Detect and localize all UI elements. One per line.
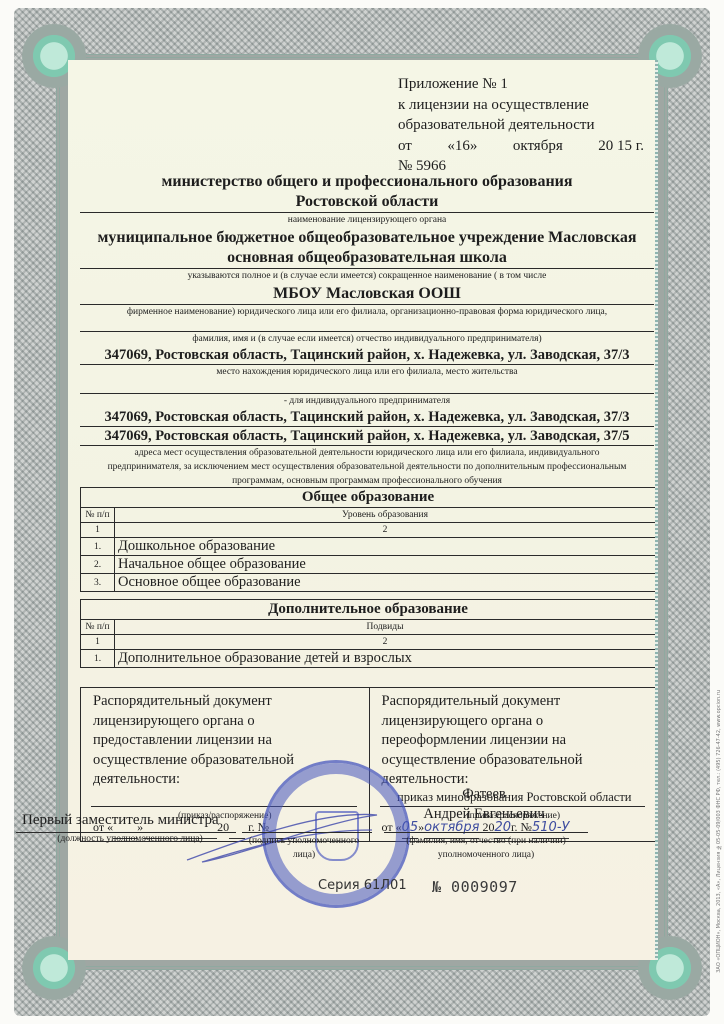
- signatory-name: Фатеев Андрей Евгеньевич: [384, 784, 584, 824]
- caption: фамилия, имя и (в случае если имеется) о…: [80, 332, 654, 346]
- col-header-num: № п/п: [81, 508, 115, 523]
- caption: фирменное наименование) юридического лиц…: [80, 305, 654, 319]
- caption: место нахождения юридического лица или е…: [80, 365, 654, 379]
- form-serial-number: № 0009097: [432, 878, 518, 896]
- licensing-body-region: Ростовской области: [80, 192, 654, 212]
- licensing-body: министерство общего и профессионального …: [80, 172, 654, 227]
- table-row: 1. Дошкольное образование: [81, 538, 656, 556]
- legal-address: 347069, Ростовская область, Тацинский ра…: [80, 346, 654, 364]
- form-series: Серия 61Л01: [318, 878, 407, 893]
- caption: - для индивидуального предпринимателя: [80, 394, 654, 408]
- index-cell: 2: [115, 635, 656, 650]
- licensing-body-name: министерство общего и профессионального …: [80, 172, 654, 192]
- appendix-line: к лицензии на осуществление: [398, 95, 648, 116]
- index-cell: 1: [81, 635, 115, 650]
- caption: (фамилия, имя, отчество (при наличии) уп…: [386, 834, 586, 862]
- education-level: Дошкольное образование: [115, 538, 656, 556]
- row-number: 3.: [81, 574, 115, 592]
- order-label: переоформлении лицензии на: [382, 731, 658, 751]
- index-cell: 1: [81, 523, 115, 538]
- activity-address: 347069, Ростовская область, Тацинский ра…: [80, 427, 654, 445]
- appendix-header: Приложение № 1 к лицензии на осуществлен…: [398, 74, 648, 177]
- education-level: Основное общее образование: [115, 574, 656, 592]
- date-year: 20 15 г.: [598, 136, 644, 157]
- table-row: 3. Основное общее образование: [81, 574, 656, 592]
- caption: программам, основным программам професси…: [80, 474, 654, 488]
- caption: указываются полное и (в случае если имее…: [80, 269, 654, 283]
- row-number: 2.: [81, 556, 115, 574]
- date-prefix: от: [398, 136, 412, 157]
- order-label: лицензирующего органа о: [382, 712, 658, 732]
- table-title: Общее образование: [81, 488, 656, 508]
- caption: предпринимателя, за исключением мест осу…: [80, 460, 654, 474]
- divider: [384, 832, 588, 833]
- caption: наименование лицензирующего органа: [80, 213, 654, 227]
- caption: адреса мест осуществления образовательно…: [80, 446, 654, 460]
- signatory-surname: Фатеев: [384, 784, 584, 804]
- licensee-name-line: муниципальное бюджетное общеобразователь…: [80, 228, 654, 248]
- activity-address: 347069, Ростовская область, Тацинский ра…: [80, 408, 654, 426]
- signature-line: [242, 832, 372, 833]
- col-header-num: № п/п: [81, 620, 115, 635]
- order-label: осуществление образовательной: [382, 751, 658, 771]
- licensee-short-name: МБОУ Масловская ООШ: [80, 284, 654, 304]
- additional-education-table: Дополнительное образование № п/п Подвиды…: [80, 599, 656, 668]
- date-day: «16»: [447, 136, 477, 157]
- order-label: лицензирующего органа о: [93, 712, 369, 732]
- col-header-subtype: Подвиды: [115, 620, 656, 635]
- caption: (подпись уполномоченного лица): [244, 834, 364, 862]
- license-date: от «16» октября 20 15 г.: [398, 136, 648, 157]
- row-number: 1.: [81, 650, 115, 668]
- education-level: Начальное общее образование: [115, 556, 656, 574]
- licensee-name-line: основная общеобразовательная школа: [80, 248, 654, 268]
- row-number: 1.: [81, 538, 115, 556]
- appendix-line: образовательной деятельности: [398, 115, 648, 136]
- order-label: предоставлении лицензии на: [93, 731, 369, 751]
- table-title: Дополнительное образование: [81, 600, 656, 620]
- signatory-given-names: Андрей Евгеньевич: [384, 804, 584, 824]
- printer-note: ЗАО «ОПЦИОН», Москва, 2013, «А», Лицензи…: [716, 690, 722, 973]
- general-education-table: Общее образование № п/п Уровень образова…: [80, 487, 656, 592]
- index-cell: 2: [115, 523, 656, 538]
- appendix-number: Приложение № 1: [398, 74, 648, 95]
- col-header-level: Уровень образования: [115, 508, 656, 523]
- table-row: 2. Начальное общее образование: [81, 556, 656, 574]
- date-month: октября: [513, 136, 563, 157]
- order-label: Распорядительный документ: [382, 692, 658, 712]
- table-row: 1. Дополнительное образование детей и вз…: [81, 650, 656, 668]
- licensee-full-name: муниципальное бюджетное общеобразователь…: [80, 228, 654, 488]
- order-label: Распорядительный документ: [93, 692, 369, 712]
- education-subtype: Дополнительное образование детей и взрос…: [115, 650, 656, 668]
